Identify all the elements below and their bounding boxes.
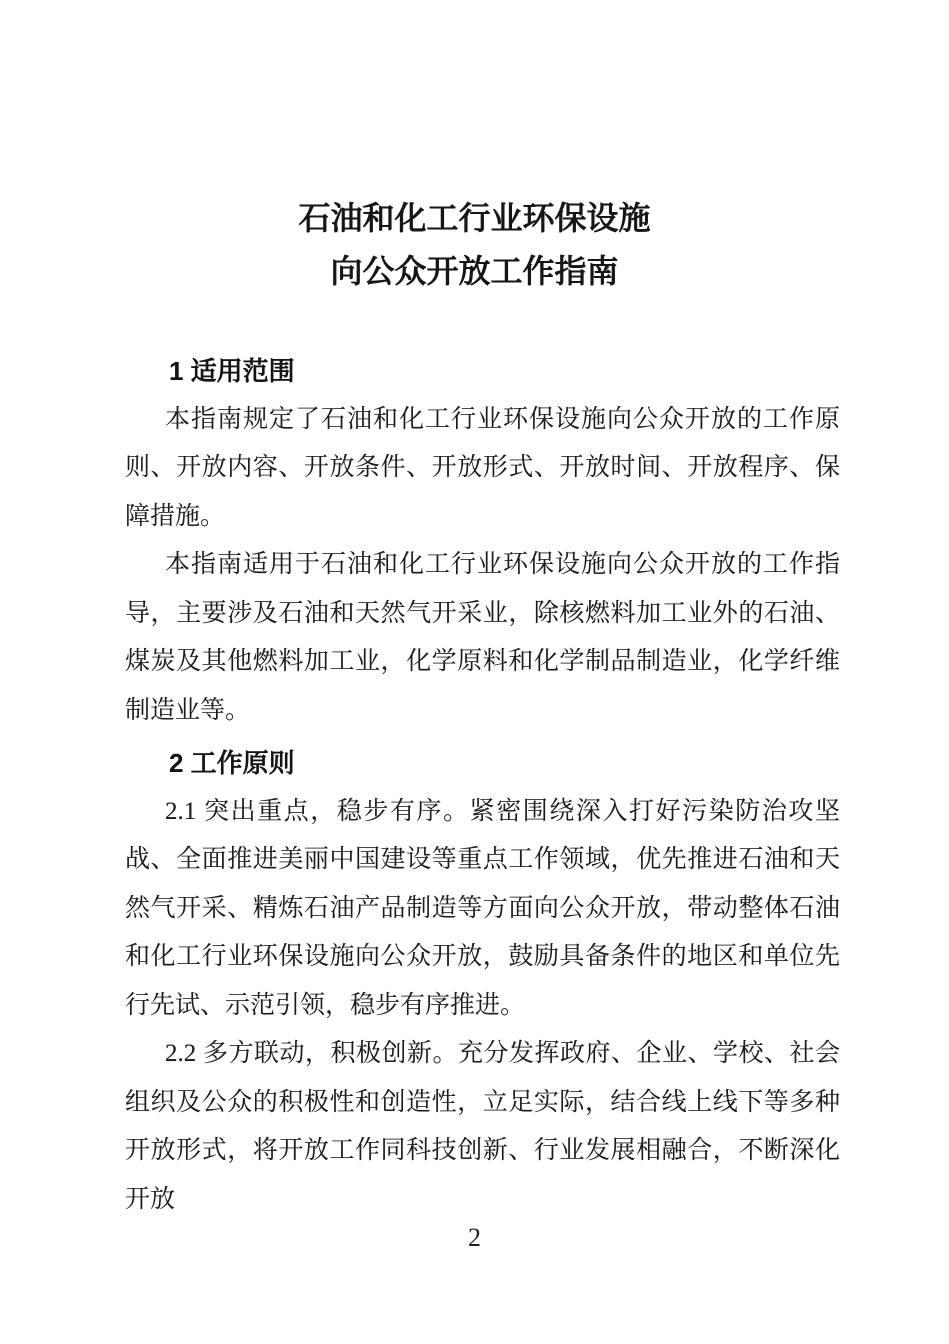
section-2-paragraph-2-1: 2.1 突出重点，稳步有序。紧密围绕深入打好污染防治攻坚战、全面推进美丽中国建设… [125,788,840,1031]
document-body: 1 适用范围 本指南规定了石油和化工行业环保设施向公众开放的工作原则、开放内容、… [125,347,840,1224]
document-page: 石油和化工行业环保设施 向公众开放工作指南 1 适用范围 本指南规定了石油和化工… [0,0,949,1344]
document-title-line-1: 石油和化工行业环保设施 [0,192,949,245]
section-2-heading: 2 工作原则 [125,739,840,788]
section-1-heading: 1 适用范围 [125,347,840,396]
page-number: 2 [0,1224,949,1252]
document-title: 石油和化工行业环保设施 向公众开放工作指南 [0,0,949,298]
section-1-paragraph-1: 本指南规定了石油和化工行业环保设施向公众开放的工作原则、开放内容、开放条件、开放… [125,396,840,542]
section-1-paragraph-2: 本指南适用于石油和化工行业环保设施向公众开放的工作指导，主要涉及石油和天然气开采… [125,541,840,735]
document-title-line-2: 向公众开放工作指南 [0,245,949,298]
section-2-paragraph-2-2: 2.2 多方联动，积极创新。充分发挥政府、企业、学校、社会组织及公众的积极性和创… [125,1030,840,1224]
